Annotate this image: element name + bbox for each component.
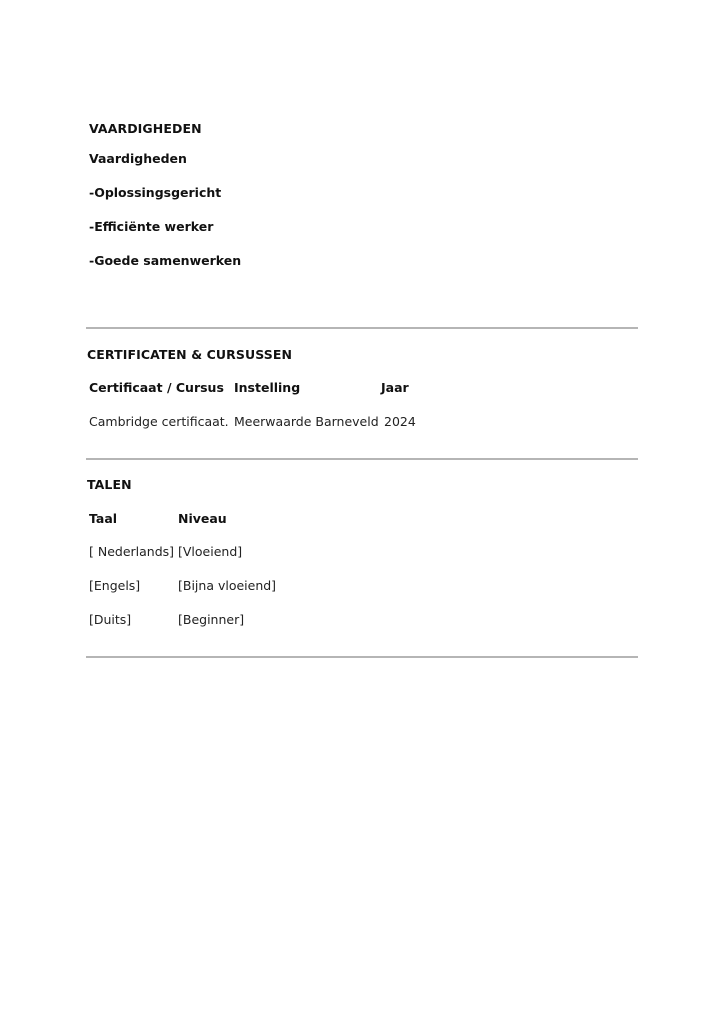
certificates-col-header-institution: Instelling: [234, 380, 300, 395]
languages-heading: TALEN: [87, 477, 132, 492]
skill-item: -Efficiënte werker: [89, 219, 213, 234]
section-divider: [86, 327, 638, 329]
certificates-heading: CERTIFICATEN & CURSUSSEN: [87, 347, 292, 362]
skill-item: -Oplossingsgericht: [89, 185, 221, 200]
certificates-col-header-year: Jaar: [381, 380, 409, 395]
skill-item: -Goede samenwerken: [89, 253, 241, 268]
skills-subheading: Vaardigheden: [89, 151, 187, 166]
skills-heading: VAARDIGHEDEN: [89, 121, 202, 136]
language-level: [Bijna vloeiend]: [178, 578, 276, 593]
languages-col-header-language: Taal: [89, 511, 117, 526]
language-level: [Beginner]: [178, 612, 244, 627]
language-name: [Engels]: [89, 578, 140, 593]
certificate-course: Cambridge certificaat.: [89, 414, 229, 429]
certificates-col-header-course: Certificaat / Cursus: [89, 380, 224, 395]
language-name: [ Nederlands]: [89, 544, 174, 559]
language-level: [Vloeiend]: [178, 544, 242, 559]
languages-col-header-level: Niveau: [178, 511, 227, 526]
certificate-institution: Meerwaarde Barneveld: [234, 414, 379, 429]
section-divider: [86, 656, 638, 658]
section-divider: [86, 458, 638, 460]
language-name: [Duits]: [89, 612, 131, 627]
certificate-year: 2024: [384, 414, 416, 429]
